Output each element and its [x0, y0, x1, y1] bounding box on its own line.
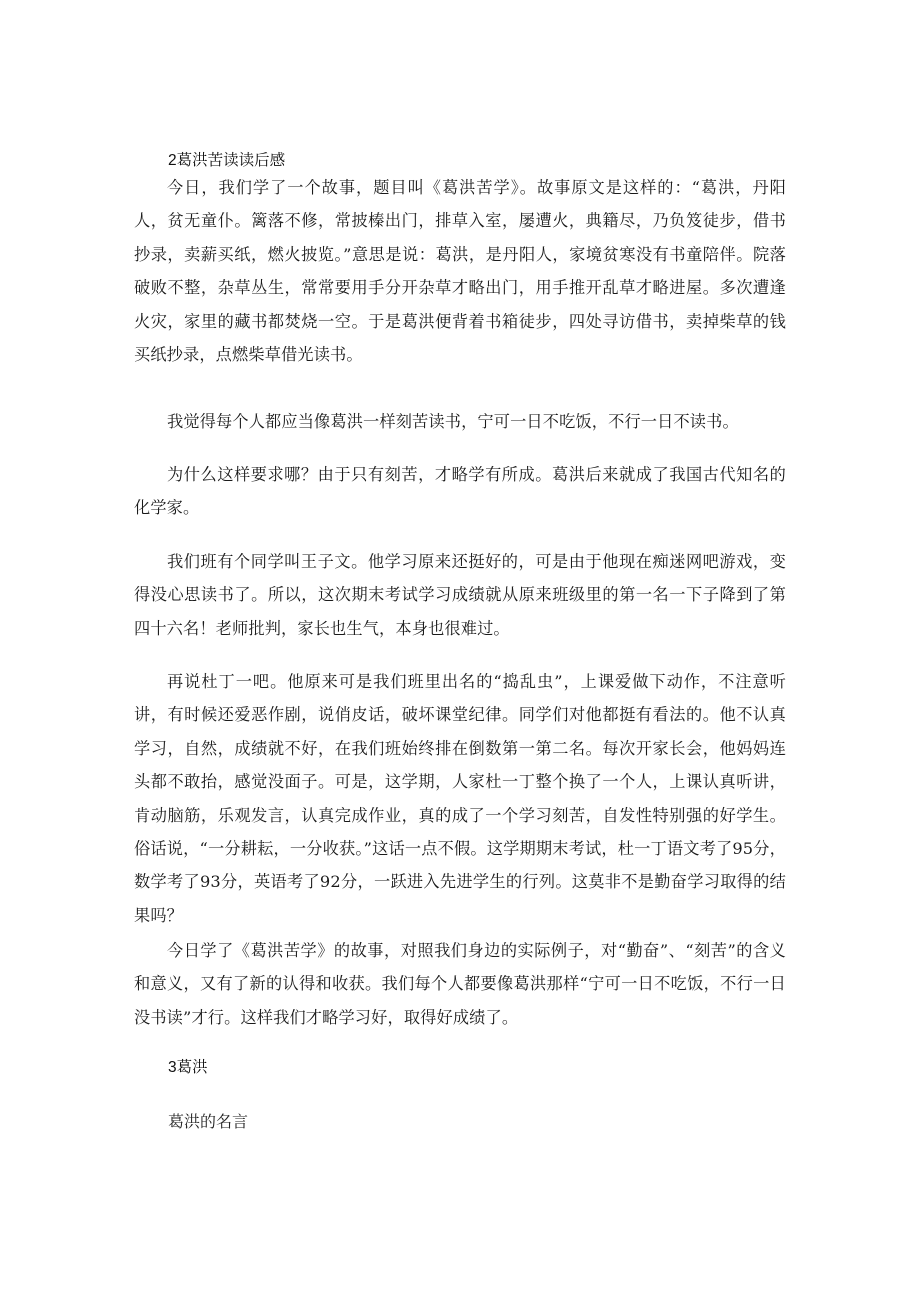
section-number: 3	[168, 1059, 177, 1076]
paragraph-story-intro: 今日，我们学了一个故事，题目叫《葛洪苦学》。故事原文是这样的：“葛洪，丹阳人，贫…	[134, 171, 786, 371]
paragraph-opinion: 我觉得每个人都应当像葛洪一样刻苦读书，宁可一日不吃饭，不行一日不读书。	[134, 405, 786, 438]
subheading-quotes: 葛洪的名言	[168, 1112, 248, 1132]
section-title: 葛洪苦读读后感	[177, 151, 286, 169]
section-heading-3: 3葛洪	[168, 1057, 208, 1078]
section-heading-2: 2葛洪苦读读后感	[168, 150, 285, 171]
paragraph-wang-ziwen: 我们班有个同学叫王子文。他学习原来还挺好的，可是由于他现在痴迷网吧游戏，变得没心…	[134, 545, 786, 645]
paragraph-du-yiding: 再说杜丁一吧。他原来可是我们班里出名的“捣乱虫”，上课爱做下动作，不注意听讲，有…	[134, 665, 786, 932]
section-number: 2	[168, 152, 177, 169]
section-title: 葛洪	[177, 1058, 208, 1076]
paragraph-conclusion: 今日学了《葛洪苦学》的故事，对照我们身边的实际例子，对“勤奋”、“刻苦”的含义和…	[134, 934, 786, 1034]
paragraph-why: 为什么这样要求哪？由于只有刻苦，才略学有所成。葛洪后来就成了我国古代知名的化学家…	[134, 458, 786, 525]
